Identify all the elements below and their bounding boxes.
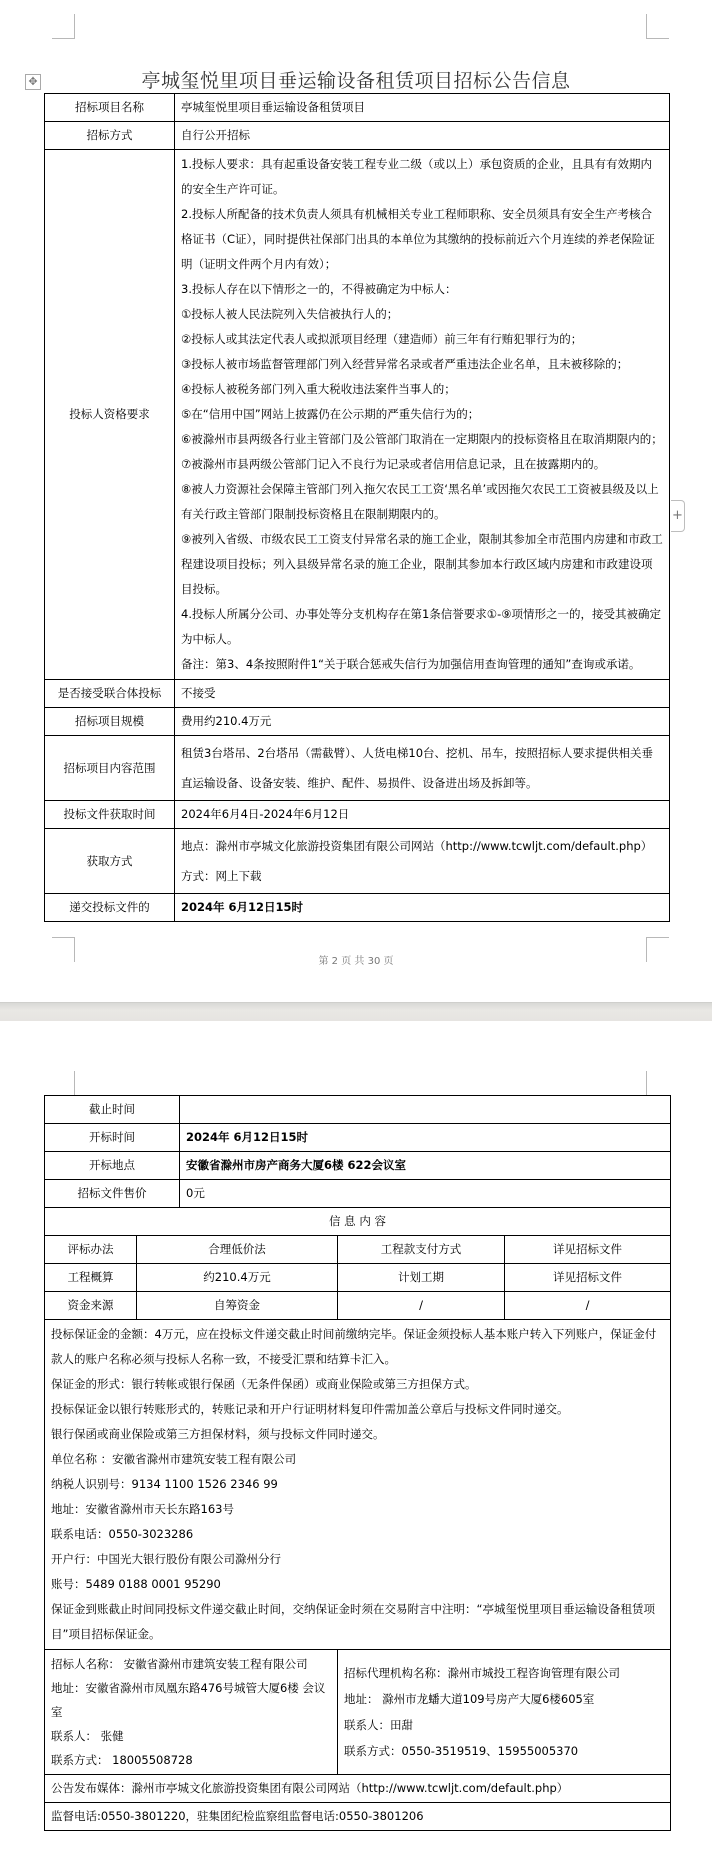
table-row: 公告发布媒体：滁州市亭城文化旅游投资集团有限公司网站（http://www.tc… (45, 1775, 671, 1803)
table-row: 开标时间 2024年 6月12日15时 (45, 1124, 671, 1152)
deposit-line: 账号：5489 0188 0001 95290 (51, 1572, 664, 1597)
supervision-phone: 监督电话:0550-3801220，驻集团纪检监察组监督电话:0550-3801… (45, 1803, 671, 1831)
tenderer-contact-person: 联系人： 张健 (51, 1724, 331, 1748)
info-cell: 合理低价法 (137, 1236, 338, 1264)
requirement-line: ⑤在“信用中国”网站上披露仍在公示期的严重失信行为的； (181, 402, 663, 427)
table-row: 评标办法 合理低价法 工程款支付方式 详见招标文件 (45, 1236, 671, 1264)
requirement-line: ⑦被滁州市县两级公管部门记入不良行为记录或者信用信息记录，且在披露期内的。 (181, 452, 663, 477)
deposit-line: 单位名称 ：安徽省滁州市建筑安装工程有限公司 (51, 1447, 664, 1472)
info-cell: 计划工期 (338, 1264, 505, 1292)
row-label: 是否接受联合体投标 (45, 680, 175, 708)
agent-name: 招标代理机构名称：滁州市城投工程咨询管理有限公司 (344, 1660, 664, 1686)
row-label: 截止时间 (45, 1096, 180, 1124)
table-row: 工程概算 约210.4万元 计划工期 详见招标文件 (45, 1264, 671, 1292)
info-cell: / (338, 1292, 505, 1320)
info-header: 信 息 内 容 (45, 1208, 671, 1236)
deposit-line: 保证金到账截止时间同投标文件递交截止时间，交纳保证金时须在交易附言中注明：“亭城… (51, 1597, 664, 1647)
agent-phone: 联系方式：0550-3519519、15955005370 (344, 1738, 664, 1764)
page-footer: 第 2 页 共 30 页 (0, 952, 712, 967)
acquisition-method: 地点：滁州市亭城文化旅游投资集团有限公司网站（http://www.tcwljt… (175, 829, 670, 894)
page-separator (0, 1002, 712, 1022)
table-row: 开标地点 安徽省滁州市房产商务大厦6楼 622会议室 (45, 1152, 671, 1180)
tenderer-phone: 联系方式： 18005508728 (51, 1748, 331, 1772)
row-label: 招标文件售价 (45, 1180, 180, 1208)
info-cell: 资金来源 (45, 1292, 137, 1320)
deposit-line: 纳税人识别号：9134 1100 1526 2346 99 (51, 1472, 664, 1497)
margin-mark (646, 1071, 669, 1096)
info-cell: 工程概算 (45, 1264, 137, 1292)
publication-media: 公告发布媒体：滁州市亭城文化旅游投资集团有限公司网站（http://www.tc… (45, 1775, 671, 1803)
row-label: 递交投标文件的 (45, 894, 175, 922)
row-value: 不接受 (175, 680, 670, 708)
row-value: 租赁3台塔吊、2台塔吊（需截臂）、人货电梯10台、挖机、吊车，按照招标人要求提供… (175, 736, 670, 801)
requirement-line: ⑥被滁州市县两级各行业主管部门及公管部门取消在一定期限内的投标资格且在取消期限内… (181, 427, 663, 452)
table-row: 获取方式 地点：滁州市亭城文化旅游投资集团有限公司网站（http://www.t… (45, 829, 670, 894)
table-row: 是否接受联合体投标 不接受 (45, 680, 670, 708)
row-label: 招标项目名称 (45, 94, 175, 122)
requirement-line: 备注：第3、4条按照附件1“关于联合惩戒失信行为加强信用查询管理的通知”查询或承… (181, 652, 663, 677)
deposit-line: 投标保证金以银行转账形式的，转账记录和开户行证明材料复印件需加盖公章后与投标文件… (51, 1397, 664, 1422)
tender-details-table: 截止时间 开标时间 2024年 6月12日15时 开标地点 安徽省滁州市房产商务… (44, 1095, 671, 1831)
row-value: 2024年 6月12日15时 (175, 894, 670, 922)
table-row: 招标方式 自行公开招标 (45, 122, 670, 150)
table-row: 招标文件售价 0元 (45, 1180, 671, 1208)
requirement-line: 4.投标人所属分公司、办事处等分支机构存在第1条信誉要求①-⑨项情形之一的，接受… (181, 602, 663, 652)
document-page-1: ✥ 亭城玺悦里项目垂运输设备租赁项目招标公告信息 招标项目名称 亭城玺悦里项目垂… (0, 0, 712, 1002)
requirement-line: 2.投标人所配备的技术负责人须具有机械相关专业工程师职称、安全员须具有安全生产考… (181, 202, 663, 277)
agent-contact-person: 联系人：田甜 (344, 1712, 664, 1738)
qualification-requirements: 1.投标人要求：具有起重设备安装工程专业二级（或以上）承包资质的企业，且具有有效… (175, 150, 670, 680)
table-row: 招标人名称： 安徽省滁州市建筑安装工程有限公司 地址：安徽省滁州市凤凰东路476… (45, 1650, 671, 1775)
agent-address: 地址： 滁州市龙蟠大道109号房产大厦6楼605室 (344, 1686, 664, 1712)
table-row: 招标项目内容范围 租赁3台塔吊、2台塔吊（需截臂）、人货电梯10台、挖机、吊车，… (45, 736, 670, 801)
table-row: 递交投标文件的 2024年 6月12日15时 (45, 894, 670, 922)
row-value: 费用约210.4万元 (175, 708, 670, 736)
page-title: 亭城玺悦里项目垂运输设备租赁项目招标公告信息 (0, 66, 712, 93)
row-label: 获取方式 (45, 829, 175, 894)
info-cell: 自筹资金 (137, 1292, 338, 1320)
deposit-line: 投标保证金的金额：4万元，应在投标文件递交截止时间前缴纳完毕。保证金须投标人基本… (51, 1322, 664, 1372)
tenderer-contact: 招标人名称： 安徽省滁州市建筑安装工程有限公司 地址：安徽省滁州市凤凰东路476… (45, 1650, 338, 1775)
table-row: 投标保证金的金额：4万元，应在投标文件递交截止时间前缴纳完毕。保证金须投标人基本… (45, 1320, 671, 1650)
agent-contact: 招标代理机构名称：滁州市城投工程咨询管理有限公司 地址： 滁州市龙蟠大道109号… (338, 1650, 671, 1775)
requirement-line: ④投标人被税务部门列入重大税收违法案件当事人的； (181, 377, 663, 402)
row-label: 投标文件获取时间 (45, 801, 175, 829)
margin-mark (52, 1071, 75, 1096)
row-value: 0元 (180, 1180, 671, 1208)
table-row: 投标文件获取时间 2024年6月4日-2024年6月12日 (45, 801, 670, 829)
row-value: 2024年 6月12日15时 (180, 1124, 671, 1152)
deposit-line: 银行保函或商业保险或第三方担保材料，须与投标文件同时递交。 (51, 1422, 664, 1447)
row-value: 亭城玺悦里项目垂运输设备租赁项目 (175, 94, 670, 122)
margin-mark (646, 14, 669, 39)
row-value: 自行公开招标 (175, 122, 670, 150)
row-value: 安徽省滁州市房产商务大厦6楼 622会议室 (180, 1152, 671, 1180)
table-row: 招标项目规模 费用约210.4万元 (45, 708, 670, 736)
info-cell: 详见招标文件 (505, 1264, 671, 1292)
tenderer-address: 地址：安徽省滁州市凤凰东路476号城管大厦6楼 会议室 (51, 1676, 331, 1724)
requirement-line: 1.投标人要求：具有起重设备安装工程专业二级（或以上）承包资质的企业，且具有有效… (181, 152, 663, 202)
add-row-icon[interactable]: + (671, 500, 685, 532)
requirement-line: ①投标人被人民法院列入失信被执行人的； (181, 302, 663, 327)
requirement-line: ②投标人或其法定代表人或拟派项目经理（建造师）前三年有行贿犯罪行为的； (181, 327, 663, 352)
info-cell: 工程款支付方式 (338, 1236, 505, 1264)
table-row: 投标人资格要求 1.投标人要求：具有起重设备安装工程专业二级（或以上）承包资质的… (45, 150, 670, 680)
row-label: 招标项目内容范围 (45, 736, 175, 801)
row-label: 开标地点 (45, 1152, 180, 1180)
info-cell: / (505, 1292, 671, 1320)
deposit-info: 投标保证金的金额：4万元，应在投标文件递交截止时间前缴纳完毕。保证金须投标人基本… (45, 1320, 671, 1650)
info-cell: 详见招标文件 (505, 1236, 671, 1264)
deposit-line: 保证金的形式：银行转帐或银行保函（无条件保函）或商业保险或第三方担保方式。 (51, 1372, 664, 1397)
acquisition-location: 地点：滁州市亭城文化旅游投资集团有限公司网站（http://www.tcwljt… (181, 831, 663, 861)
row-value (180, 1096, 671, 1124)
row-label: 投标人资格要求 (45, 150, 175, 680)
requirement-line: 3.投标人存在以下情形之一的，不得被确定为中标人： (181, 277, 663, 302)
deposit-line: 开户行：中国光大银行股份有限公司滁州分行 (51, 1547, 664, 1572)
acquisition-mode: 方式：网上下载 (181, 861, 663, 891)
table-row: 信 息 内 容 (45, 1208, 671, 1236)
table-row: 监督电话:0550-3801220，驻集团纪检监察组监督电话:0550-3801… (45, 1803, 671, 1831)
row-label: 招标项目规模 (45, 708, 175, 736)
requirement-line: ⑧被人力资源社会保障主管部门列入拖欠农民工工资‘黑名单’或因拖欠农民工工资被县级… (181, 477, 663, 527)
requirement-line: ③投标人被市场监督管理部门列入经营异常名录或者严重违法企业名单，且未被移除的； (181, 352, 663, 377)
tenderer-name: 招标人名称： 安徽省滁州市建筑安装工程有限公司 (51, 1652, 331, 1676)
info-cell: 约210.4万元 (137, 1264, 338, 1292)
table-row: 资金来源 自筹资金 / / (45, 1292, 671, 1320)
table-row: 截止时间 (45, 1096, 671, 1124)
margin-mark (52, 14, 75, 39)
row-label: 招标方式 (45, 122, 175, 150)
deposit-line: 地址：安徽省滁州市天长东路163号 (51, 1497, 664, 1522)
row-value: 2024年6月4日-2024年6月12日 (175, 801, 670, 829)
requirement-line: ⑨被列入省级、市级农民工工资支付异常名录的施工企业，限制其参加全市范围内房建和市… (181, 527, 663, 602)
info-cell: 评标办法 (45, 1236, 137, 1264)
table-row: 招标项目名称 亭城玺悦里项目垂运输设备租赁项目 (45, 94, 670, 122)
tender-info-table: 招标项目名称 亭城玺悦里项目垂运输设备租赁项目 招标方式 自行公开招标 投标人资… (44, 93, 670, 922)
row-label: 开标时间 (45, 1124, 180, 1152)
deposit-line: 联系电话：0550-3023286 (51, 1522, 664, 1547)
